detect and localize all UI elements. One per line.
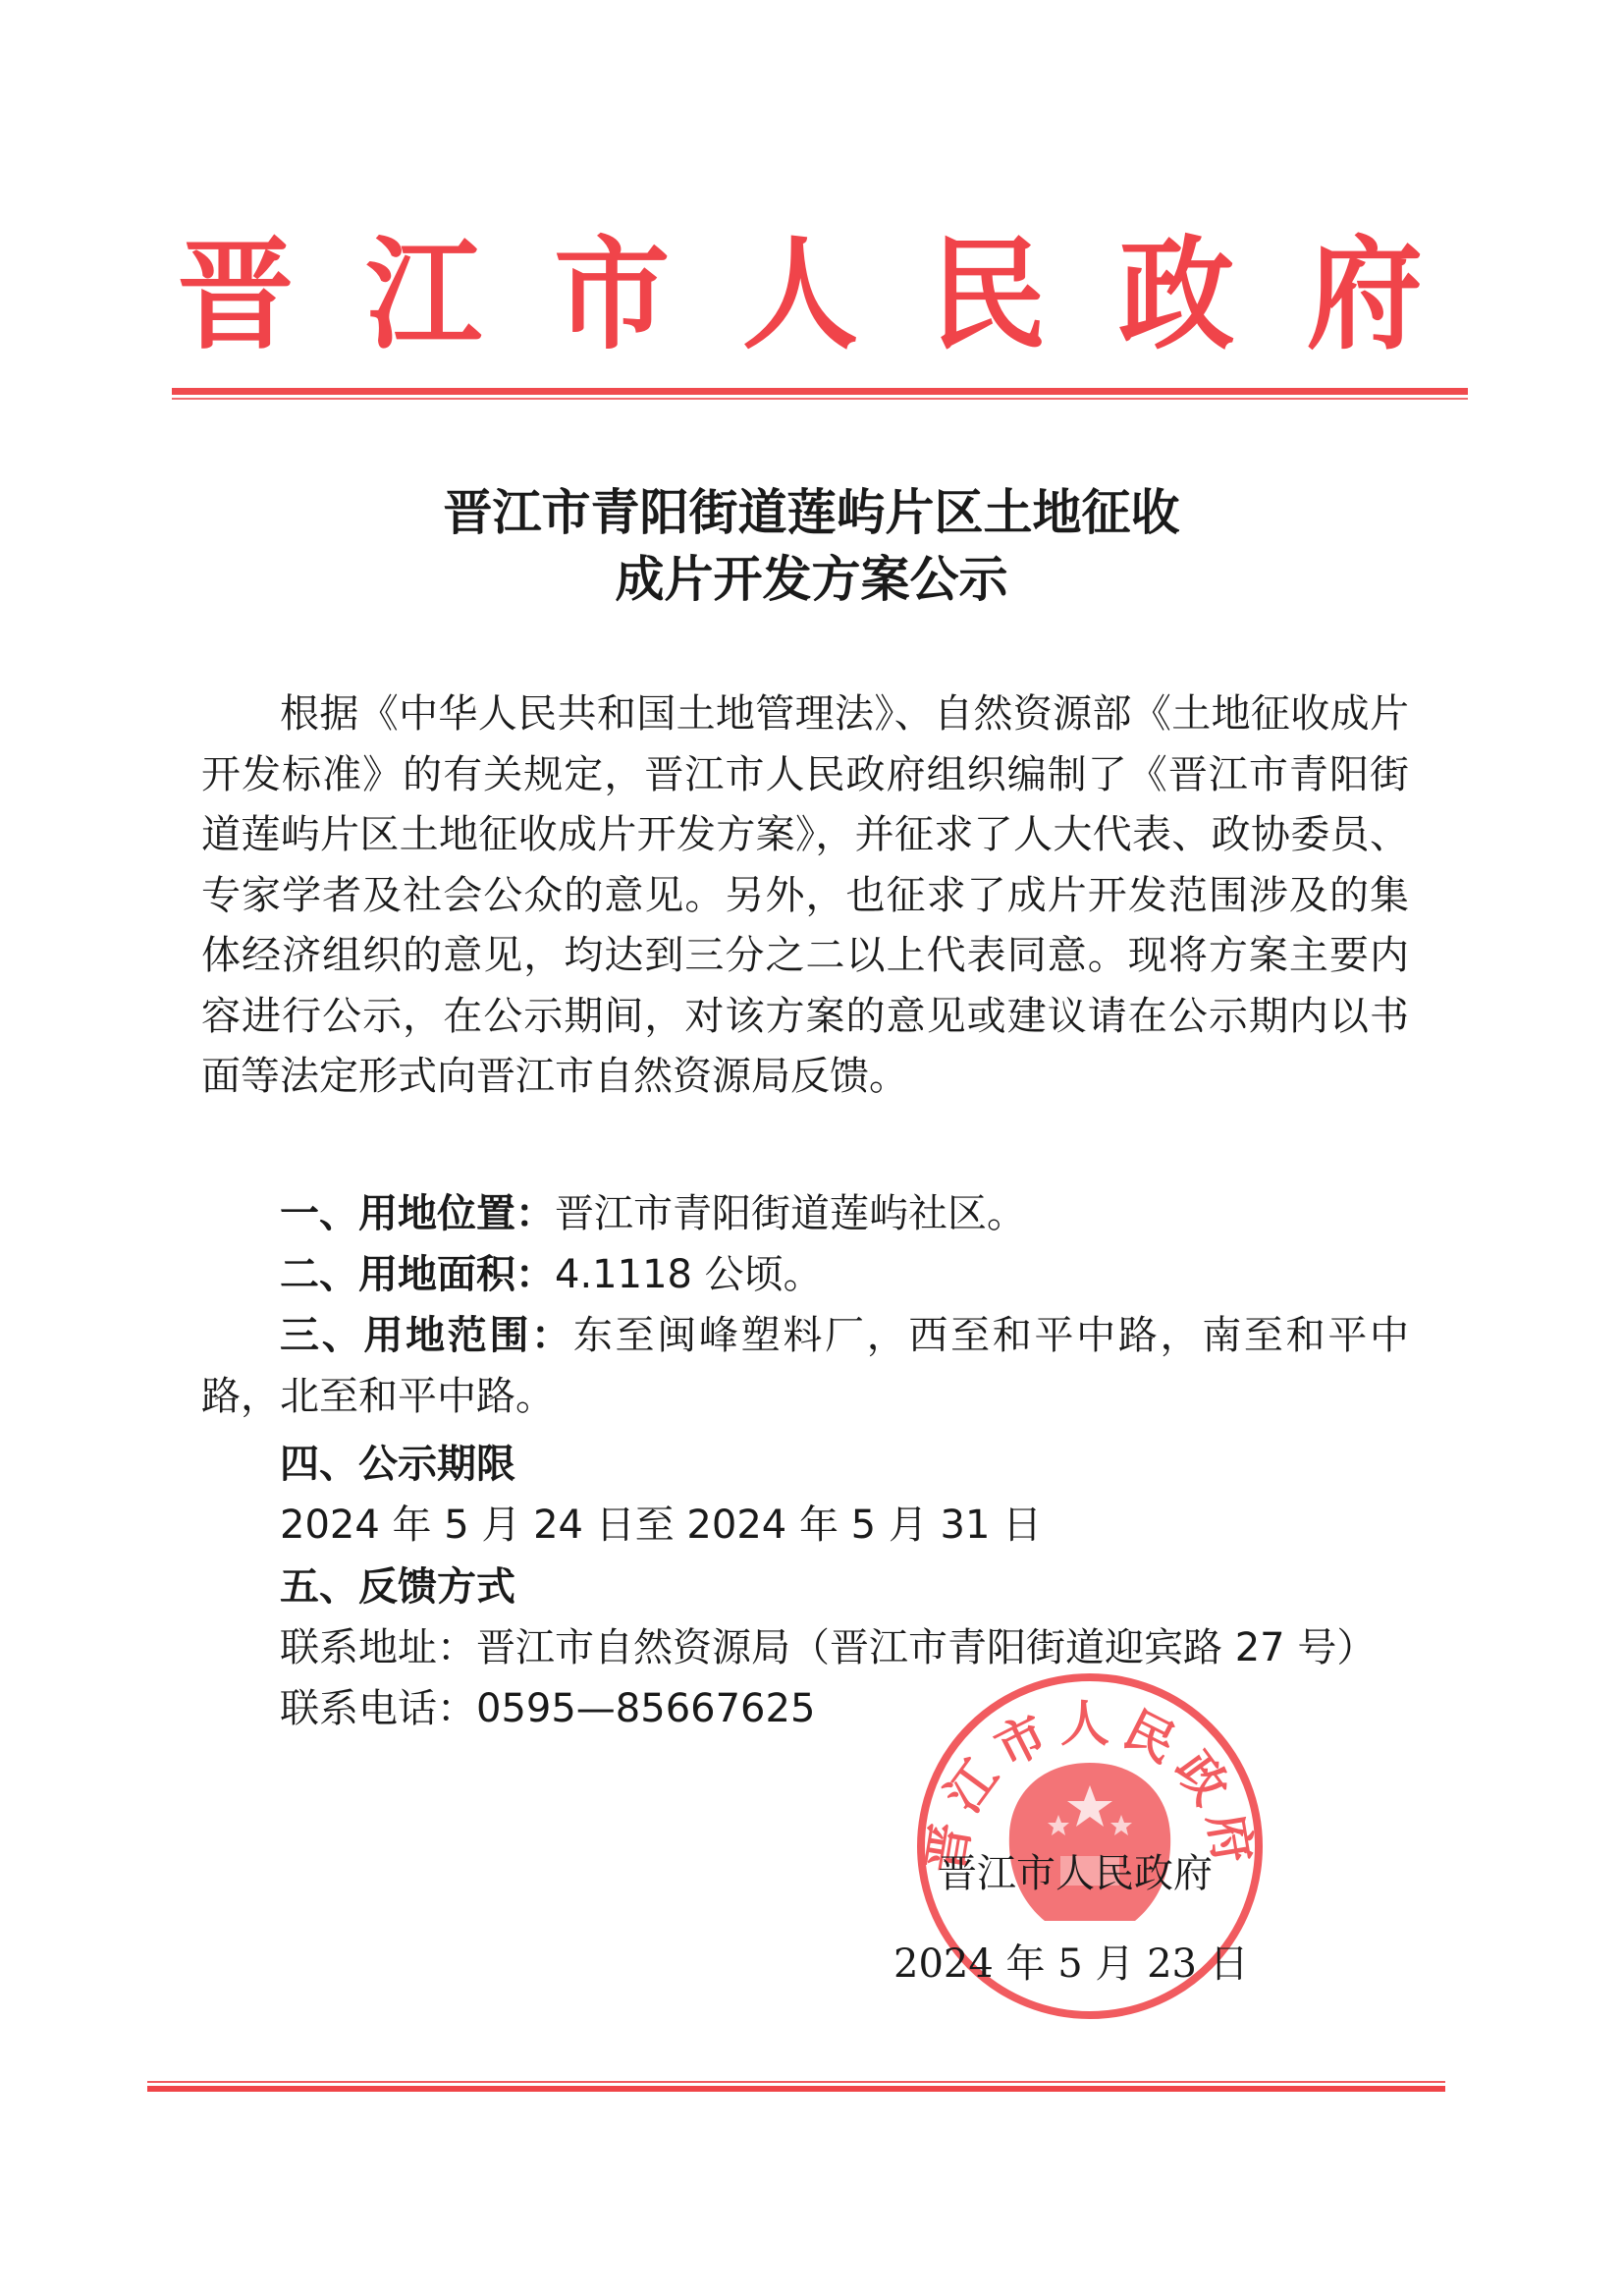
item-period-value: 2024 年 5 月 24 日至 2024 年 5 月 31 日 (280, 1496, 1409, 1557)
masthead-char: 晋 (172, 228, 299, 362)
item-feedback-heading: 五、反馈方式 (280, 1558, 1409, 1618)
footer-divider-thin (147, 2081, 1445, 2083)
item-label: 一、用地位置： (280, 1191, 555, 1236)
document-page: 晋 江 市 人 民 政 府 晋江市青阳街道莲屿片区土地征收 成片开发方案公示 根… (0, 0, 1623, 2296)
issuer-masthead: 晋 江 市 人 民 政 府 (172, 231, 1429, 358)
signature-date: 2024 年 5 月 23 日 (893, 1940, 1249, 1989)
document-title-line1: 晋江市青阳街道莲屿片区土地征收 (0, 483, 1623, 542)
masthead-char: 政 (1112, 228, 1240, 362)
masthead-char: 民 (925, 228, 1053, 362)
header-divider-thick (172, 388, 1468, 395)
footer-divider-thick (147, 2086, 1445, 2092)
item-label: 四、公示期限 (280, 1442, 515, 1487)
masthead-char: 人 (736, 228, 864, 362)
item-value: 晋江市青阳街道莲屿社区。 (555, 1191, 1026, 1236)
item-value: 4.1118 公顷。 (555, 1252, 823, 1297)
item-area: 二、用地面积：4.1118 公顷。 (280, 1245, 1409, 1306)
item-label: 二、用地面积： (280, 1252, 555, 1297)
item-label: 三、用地范围： (280, 1313, 573, 1358)
masthead-char: 江 (360, 228, 488, 362)
item-label: 五、反馈方式 (280, 1564, 515, 1610)
masthead-char: 府 (1301, 228, 1429, 362)
item-period-heading: 四、公示期限 (280, 1435, 1409, 1496)
signature-organization: 晋江市人民政府 (938, 1849, 1213, 1898)
intro-paragraph: 根据《中华人民共和国土地管理法》、自然资源部《土地征收成片开发标准》的有关规定，… (201, 684, 1409, 1108)
document-title-line2: 成片开发方案公示 (0, 550, 1623, 609)
item-boundary: 三、用地范围：东至闽峰塑料厂，西至和平中路，南至和平中路，北至和平中路。 (201, 1306, 1409, 1427)
masthead-char: 市 (548, 228, 676, 362)
item-location: 一、用地位置：晋江市青阳街道莲屿社区。 (280, 1184, 1409, 1245)
header-divider-thin (172, 398, 1468, 400)
